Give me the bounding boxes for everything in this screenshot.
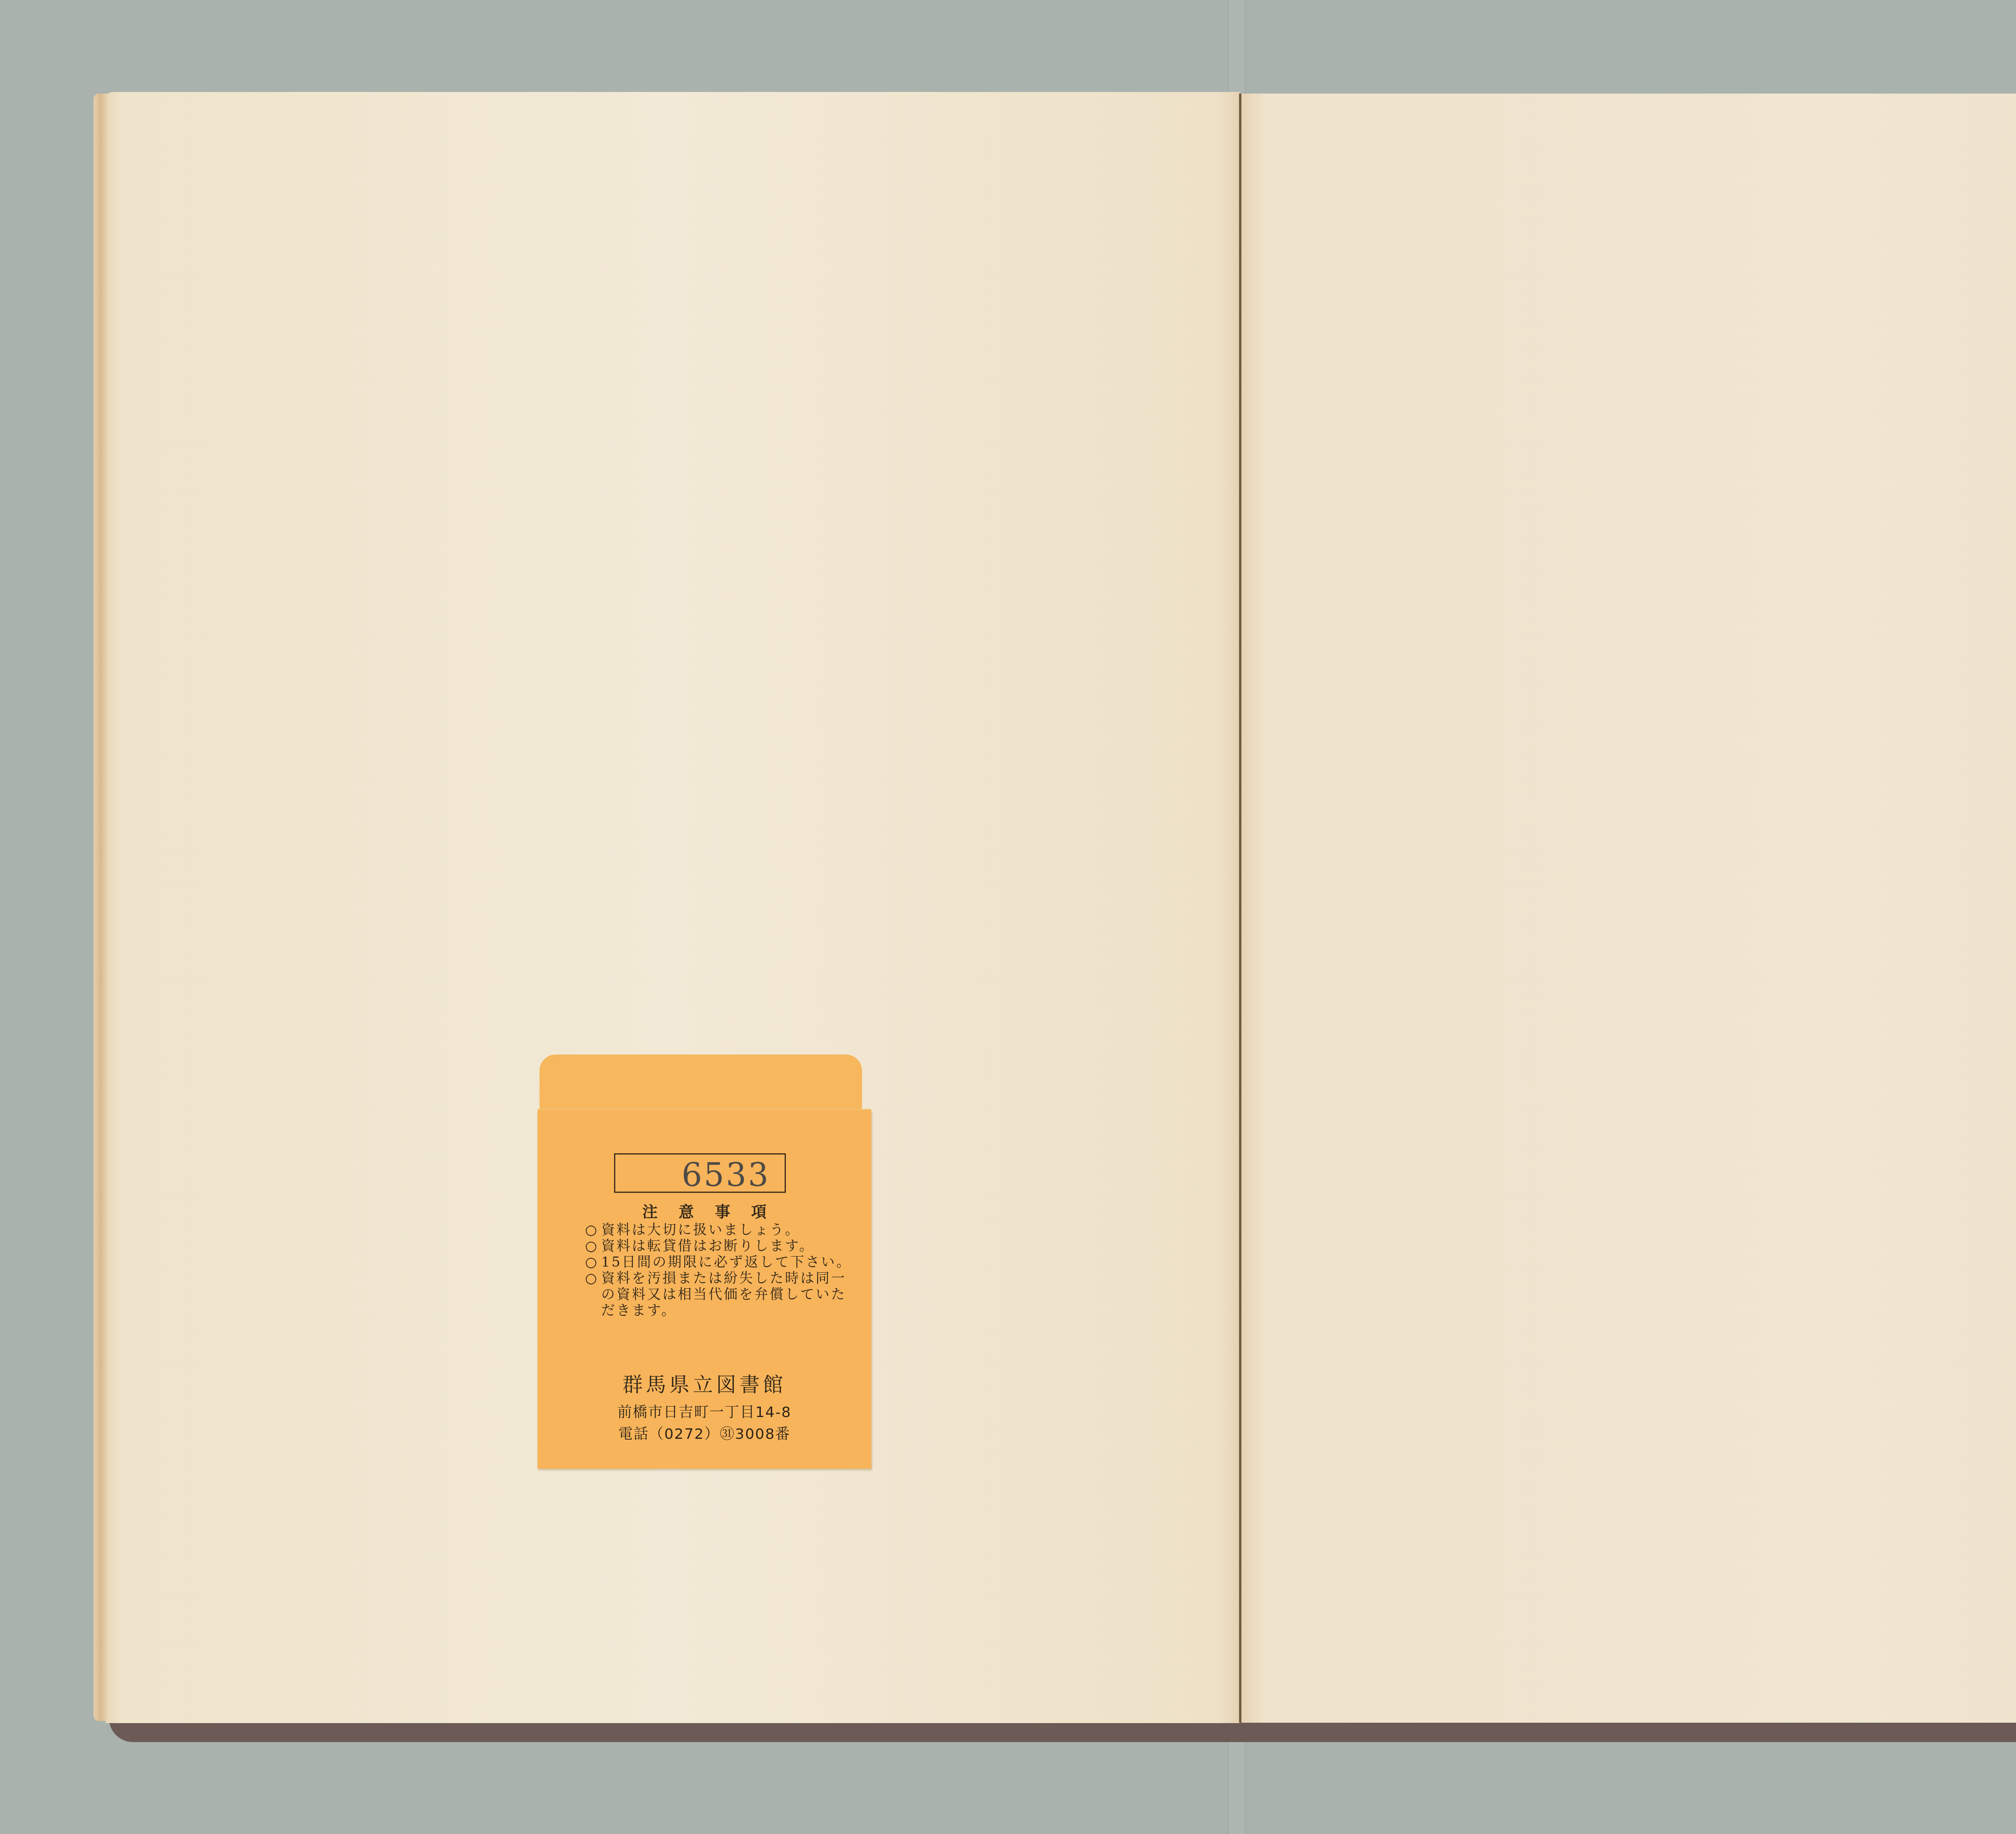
rule-item: ○ 資料を汚損または紛失した時は同一の資料又は相当代価を弁償していただきます。: [585, 1270, 859, 1319]
rule-text: 資料は転貸借はお断りします。: [601, 1238, 814, 1254]
rule-item: ○ 15日間の期限に必ず返して下さい。: [585, 1254, 859, 1270]
call-number: 6533: [681, 1156, 770, 1194]
book-gutter: [1239, 94, 1241, 1723]
notice-title: 注意事項: [537, 1199, 871, 1221]
call-number-box: 6533: [614, 1153, 786, 1193]
library-phone: 電話（0272）㉛3008番: [537, 1423, 871, 1443]
rule-item: ○ 資料は転貸借はお断りします。: [585, 1238, 859, 1254]
page-stack-edge: [94, 94, 108, 1721]
rule-text: 15日間の期限に必ず返して下さい。: [601, 1254, 852, 1270]
rule-text: 資料を汚損または紛失した時は同一の資料又は相当代価を弁償していただきます。: [601, 1270, 846, 1319]
rule-item: ○ 資料は大切に扱いましょう。: [585, 1222, 859, 1238]
circle-bullet-icon: ○: [585, 1254, 599, 1270]
library-name: 群馬県立図書館: [537, 1369, 871, 1398]
library-card[interactable]: [539, 1055, 862, 1119]
rule-text: 資料は大切に扱いましょう。: [601, 1222, 800, 1238]
library-card-pocket: 6533 注意事項 ○ 資料は大切に扱いましょう。 ○ 資料は転貸借はお断りしま…: [537, 1110, 871, 1469]
library-address: 前橋市日吉町一丁目14-8: [537, 1401, 871, 1421]
circle-bullet-icon: ○: [585, 1222, 599, 1238]
circle-bullet-icon: ○: [585, 1238, 599, 1254]
left-page: [106, 92, 1240, 1723]
rules-list: ○ 資料は大切に扱いましょう。 ○ 資料は転貸借はお断りします。 ○ 15日間の…: [585, 1222, 859, 1319]
circle-bullet-icon: ○: [585, 1270, 599, 1286]
right-page: [1241, 94, 2016, 1723]
